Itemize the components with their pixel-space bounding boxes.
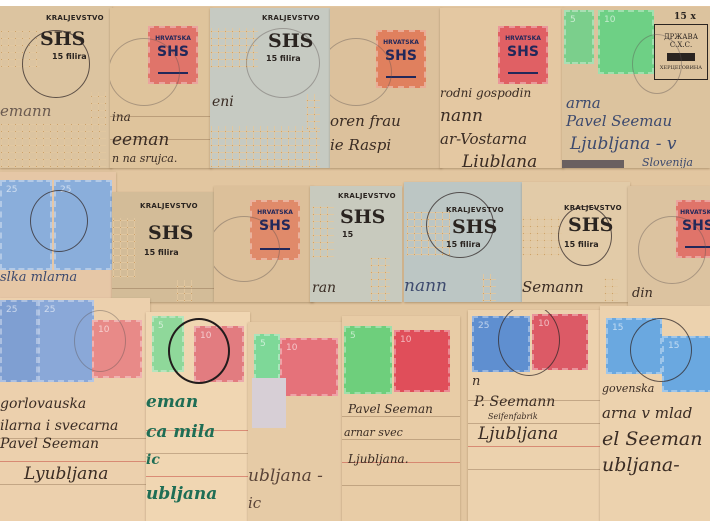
stamp-5-green: 5 <box>564 10 594 64</box>
card-title: SHS <box>148 222 193 244</box>
postmark-icon <box>110 38 180 106</box>
handwriting: n <box>472 374 480 389</box>
card-title: SHS <box>340 206 385 228</box>
handwriting: arna v mlad <box>602 404 692 422</box>
grid-pattern <box>112 218 136 278</box>
handwriting: nann <box>440 106 483 126</box>
stamp-10-red: 10 <box>394 330 450 392</box>
postcard-c14: 25 25 10 gorlovauska ilarna i svecarna P… <box>0 298 150 521</box>
handwriting: gorlovauska <box>0 396 86 412</box>
postcard-c4: HRVATSKA SHS oren frau ie Raspi <box>330 8 442 168</box>
handwriting: Slovenija <box>642 156 693 168</box>
grid-pattern <box>306 94 320 130</box>
postmark-icon <box>330 38 392 106</box>
postmark-icon <box>22 30 90 98</box>
card-header: KRALJEVSTVO <box>338 192 396 200</box>
postcard-c9: HRVATSKA SHS <box>214 186 314 302</box>
label-strip <box>562 160 624 168</box>
stamp-hrvatska: HRVATSKA SHS <box>498 26 548 84</box>
handwriting: ie Raspi <box>330 136 391 154</box>
postmark-icon <box>214 216 280 282</box>
grid-pattern <box>482 274 496 302</box>
postcard-c13: HRVATSKA SHS din <box>628 186 710 306</box>
postmark-icon <box>30 190 88 252</box>
handwriting: ca mila <box>146 422 215 442</box>
stamp-25-blue: 25 <box>0 300 38 382</box>
postcard-c2: HRVATSKA SHS ina eeman n na srujca. <box>110 8 212 168</box>
indicium-denom: 15 x <box>674 12 696 22</box>
stamp-5-green: 5 <box>254 334 280 380</box>
postcard-c3: KRALJEVSTVO SHS 15 filira eni <box>210 8 330 168</box>
postmark-icon <box>630 318 692 382</box>
handwriting: ubljana - <box>248 466 323 486</box>
grid-pattern <box>604 278 618 302</box>
handwriting: P. Seemann <box>474 394 555 410</box>
postcard-c12: KRALJEVSTVO SHS 15 filira Semann <box>522 182 630 302</box>
card-header: KRALJEVSTVO <box>140 202 198 210</box>
handwriting: rodni gospodin <box>440 86 531 100</box>
handwriting: el Seeman <box>602 428 702 450</box>
postal-cards-photo: KRALJEVSTVO SHS 15 filira emann HRVATSKA… <box>0 6 710 521</box>
handwriting: ubljana- <box>602 454 680 476</box>
handwriting: govenska <box>602 382 654 395</box>
handwriting: Semann <box>522 278 584 296</box>
postcard-c17: 5 10 Pavel Seeman arnar svec Ljubljana. <box>342 316 460 521</box>
stamp-10-red: 10 <box>280 338 338 396</box>
postcard-c10: KRALJEVSTVO SHS 15 ran <box>310 186 402 302</box>
grid-pattern <box>90 92 106 126</box>
postcard-c6: 5 10 15 x ДРЖАВА С.Х.С. ХЕРЦЕГОВИНА arna… <box>562 8 710 168</box>
handwriting: Pavel Seeman <box>348 402 433 416</box>
card-value: 15 <box>342 230 353 239</box>
handwriting: Liublana <box>462 152 537 168</box>
handwriting: Ljubljana - v <box>570 134 676 154</box>
handwriting: ic <box>248 494 261 512</box>
handwriting: arnar svec <box>344 426 403 439</box>
postcard-c19: 15 15 govenska arna v mlad el Seeman ubl… <box>600 306 710 521</box>
postcard-c11: KRALJEVSTVO SHS 15 filira nann <box>404 182 522 302</box>
handwriting: n na srujca. <box>112 152 177 165</box>
handwriting: nann <box>404 276 447 296</box>
handwriting: Lyubljana <box>24 464 108 484</box>
grid-pattern <box>0 124 106 168</box>
grid-pattern <box>210 126 320 168</box>
handwriting: Ljubljana <box>478 424 558 444</box>
postmark-icon <box>426 192 494 258</box>
postcard-c1: KRALJEVSTVO SHS 15 filira emann <box>0 6 112 168</box>
handwriting: emann <box>0 102 51 120</box>
handwriting: ubljana <box>146 484 217 504</box>
postcard-c18: 25 10 n P. Seemann Seifenfabrik Ljubljan… <box>468 310 604 521</box>
card-header: KRALJEVSTVO <box>262 14 320 22</box>
postmark-icon <box>638 216 706 284</box>
handwriting: Ljubljana. <box>348 452 409 466</box>
postcard-c5: HRVATSKA SHS rodni gospodin nann ar-Vost… <box>440 8 564 168</box>
postcard-c16: 5 10 ubljana - ic <box>248 322 344 521</box>
postmark-icon <box>632 34 682 94</box>
postmark-icon <box>74 310 126 372</box>
postmark-icon <box>558 206 612 266</box>
grid-pattern <box>522 216 562 256</box>
postcard-c15: 5 10 eman ca mila ic ubljana <box>146 312 250 521</box>
postcard-c8: KRALJEVSTVO SHS 15 filira <box>112 192 214 302</box>
handwriting: slka mlarna <box>0 270 77 285</box>
handwriting: oren frau <box>330 112 401 130</box>
handwriting: din <box>632 286 653 301</box>
handwriting: ina <box>112 110 131 124</box>
handwriting: Seifenfabrik <box>488 412 538 421</box>
grid-pattern <box>312 206 334 258</box>
handwriting: ic <box>146 452 160 468</box>
handwriting: Pavel Seemau <box>566 112 672 130</box>
handwriting: ilarna i svecarna <box>0 418 118 434</box>
postmark-icon <box>168 318 230 384</box>
handwriting: ar-Vostarna <box>440 130 527 148</box>
handwriting: ran <box>312 280 336 296</box>
handwriting: eman <box>146 392 198 412</box>
handwriting: arna <box>566 94 601 112</box>
postmark-icon <box>246 28 320 98</box>
sticker-label <box>252 378 286 428</box>
stamp-5-green: 5 <box>344 326 392 394</box>
handwriting: Pavel Seeman <box>0 436 99 452</box>
grid-pattern <box>370 258 390 302</box>
card-header: KRALJEVSTVO <box>46 14 104 22</box>
handwriting: eni <box>212 94 234 110</box>
handwriting: eeman <box>112 130 169 150</box>
postcard-c7: 25 25 slka mlarna <box>0 172 116 302</box>
card-value: 15 filira <box>144 248 179 257</box>
